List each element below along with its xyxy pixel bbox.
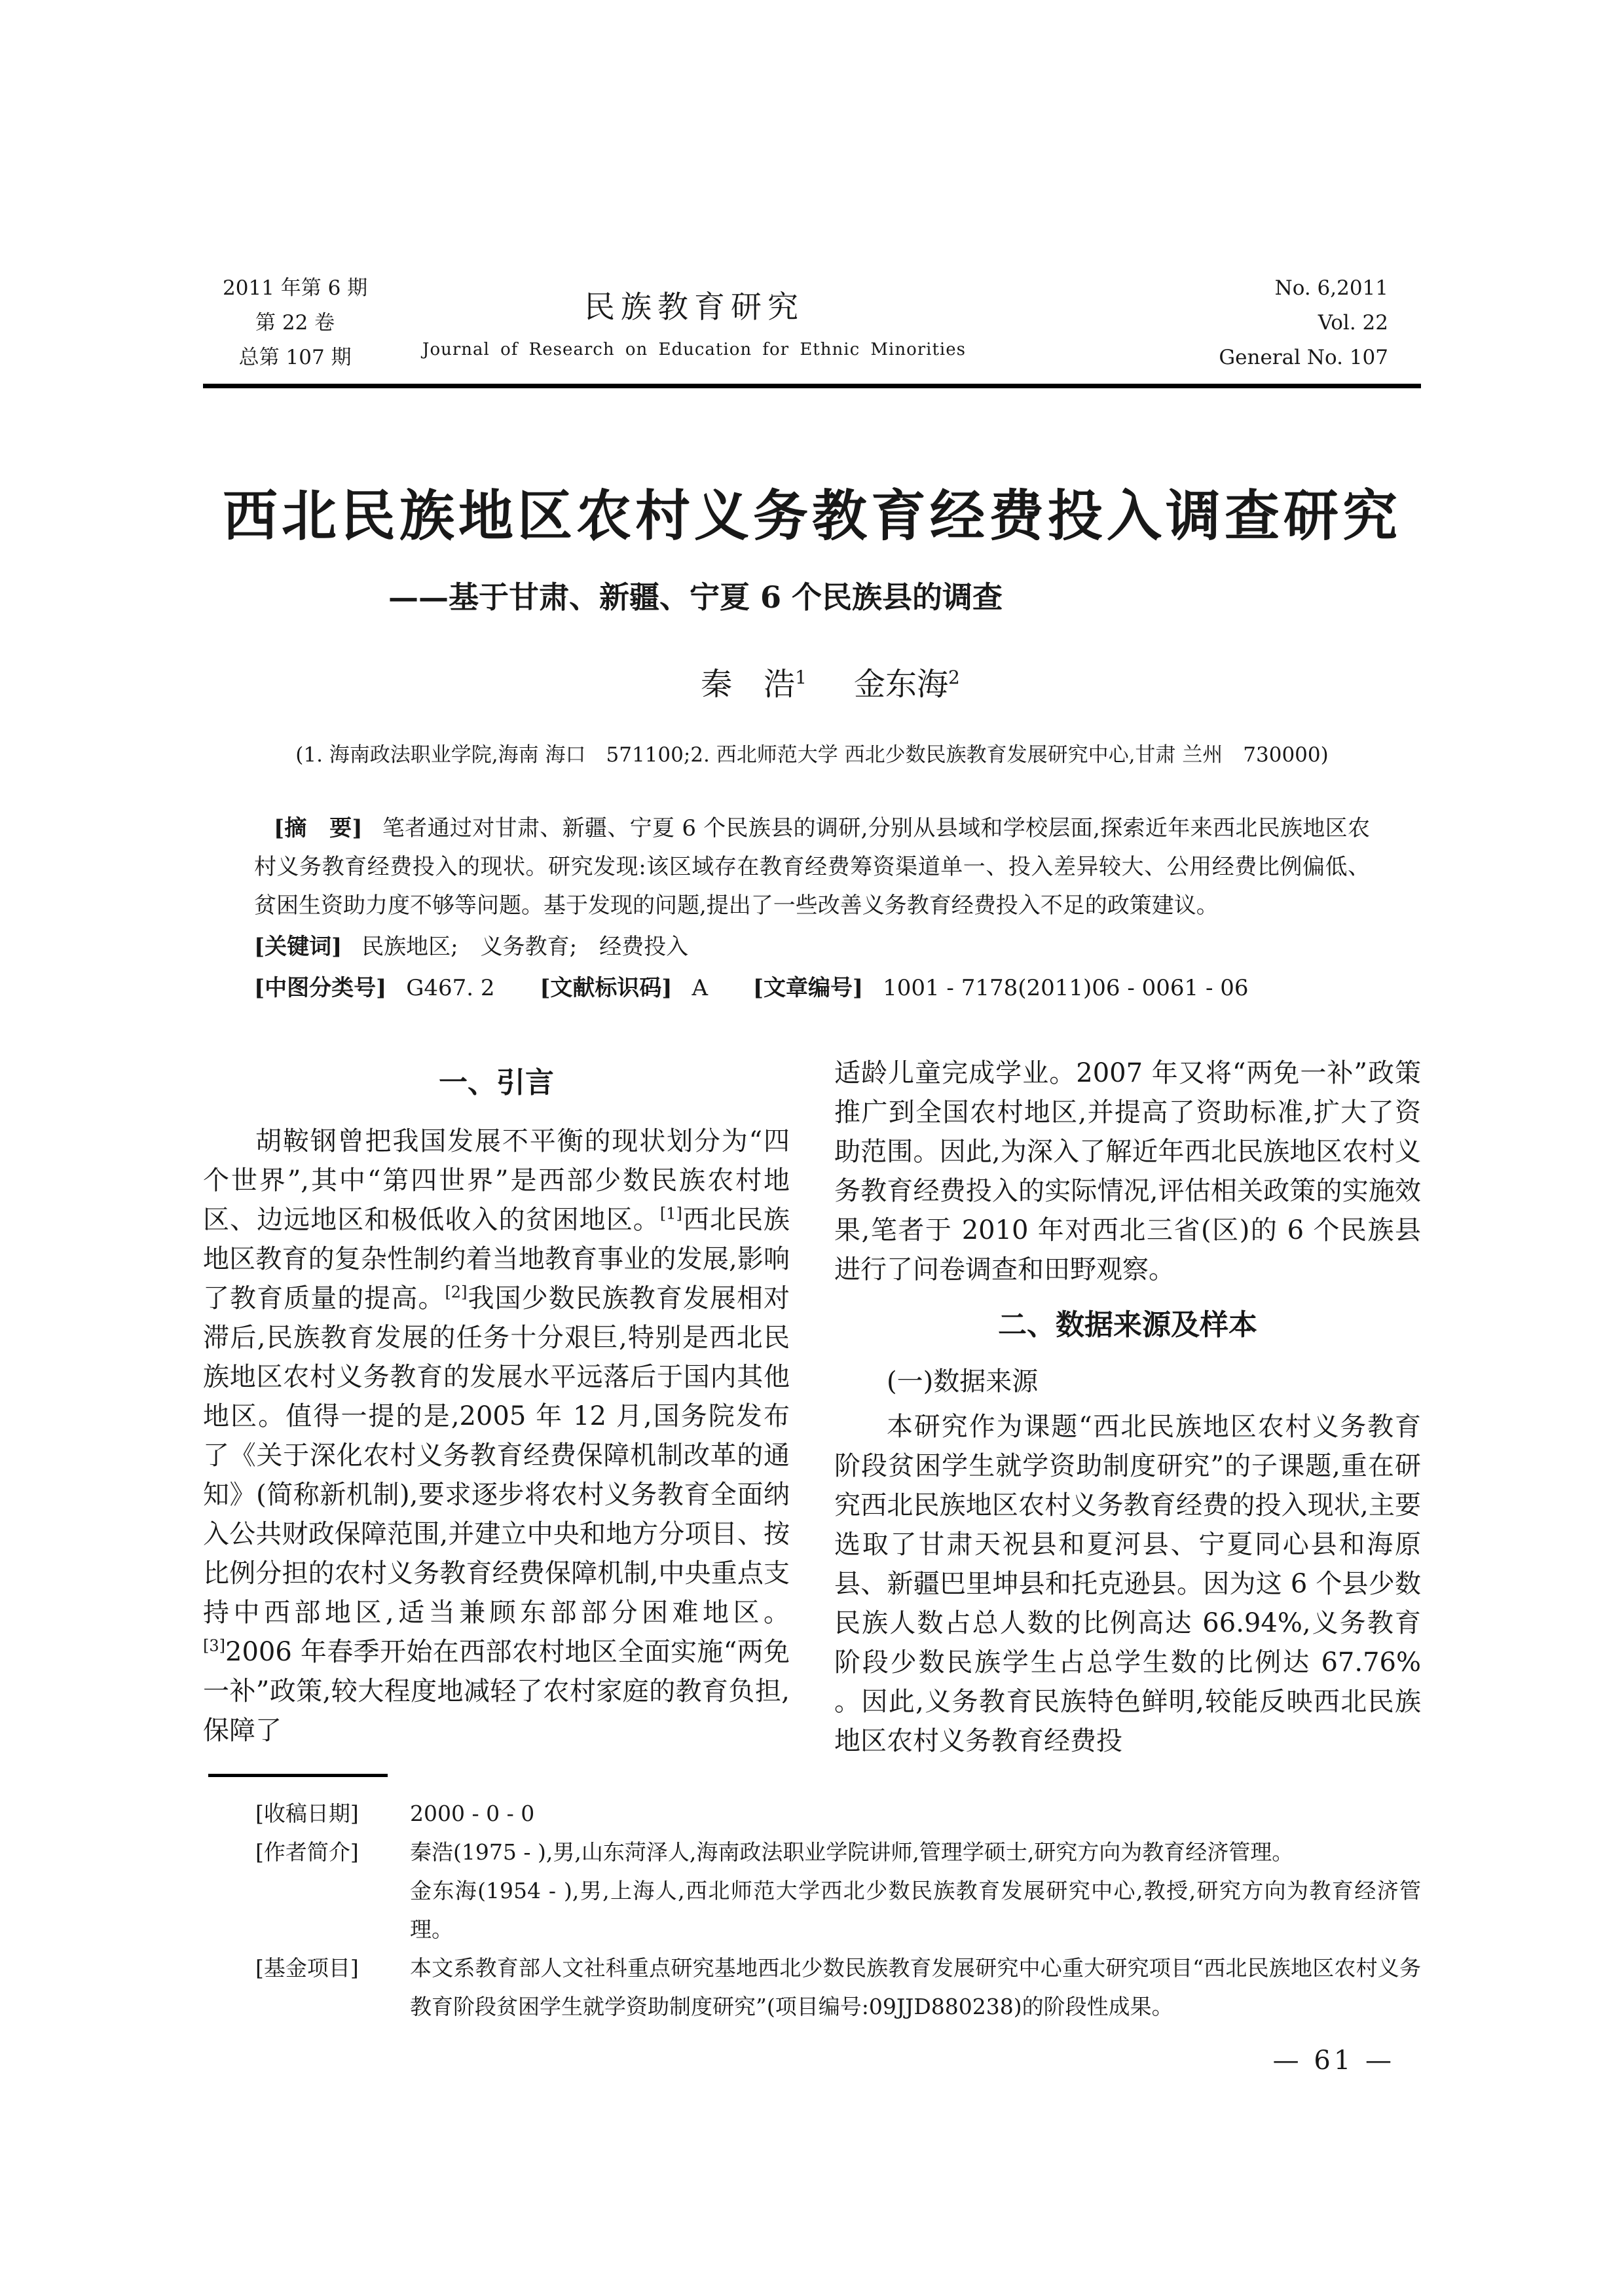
fund-project-content: 本文系教育部人文社科重点研究基地西北少数民族教育发展研究中心重大研究项目“西北民… [410,1949,1421,2026]
body-columns: 一、引言 胡鞍钢曾把我国发展不平衡的现状划分为“四个世界”,其中“第四世界”是西… [203,1054,1421,1761]
author-bio-content: 秦浩(1975 - ),男,山东菏泽人,海南政法职业学院讲师,管理学硕士,研究方… [410,1833,1421,1949]
masthead-divider [203,384,1421,388]
general-issue-line: 总第 107 期 [223,340,367,375]
keywords-line: [关键词]民族地区; 义务教育; 经费投入 [254,928,1370,966]
keywords-label: [关键词] [254,934,342,960]
issue-line-en: No. 6,2011 [1219,271,1388,306]
article-id-value: 1001 - 7178(2011)06 - 0061 - 06 [883,975,1248,1001]
clc-group: [中图分类号]G467. 2 [254,975,495,1001]
author-line: 秦 浩1金东海2 [221,659,1439,704]
page-number: — 61 — [203,2046,1395,2076]
volume-line-en: Vol. 22 [1219,306,1388,340]
data-source-paragraph: 本研究作为课题“西北民族地区农村义务教育阶段贫困学生就学资助制度研究”的子课题,… [834,1407,1421,1761]
journal-title-en: Journal of Research on Education for Eth… [422,340,966,359]
right-column: 适龄儿童完成学业。2007 年又将“两免一补”政策推广到全国农村地区,并提高了资… [834,1054,1421,1761]
section-heading-introduction: 一、引言 [203,1063,790,1103]
footnote-fund-project: [基金项目] 本文系教育部人文社科重点研究基地西北少数民族教育发展研究中心重大研… [203,1949,1421,2026]
doc-code-value: A [692,975,709,1001]
doc-code-group: [文献标识码]A [540,975,708,1001]
abstract-block: [摘 要]笔者通过对甘肃、新疆、宁夏 6 个民族县的调研,分别从县域和学校层面,… [254,809,1370,925]
issue-line: 2011 年第 6 期 [223,271,367,306]
classification-line: [中图分类号]G467. 2 [文献标识码]A [文章编号]1001 - 717… [254,969,1370,1008]
section-heading-data-source: 二、数据来源及样本 [834,1305,1421,1346]
abstract-label: [摘 要] [274,815,363,841]
clc-label: [中图分类号] [254,975,386,1001]
doc-code-label: [文献标识码] [540,975,672,1001]
received-date-label: [收稿日期] [255,1794,390,1833]
author-bio-entry: 秦浩(1975 - ),男,山东菏泽人,海南政法职业学院讲师,管理学硕士,研究方… [410,1833,1421,1871]
author-affil-marker: 1 [795,667,807,688]
article-id-label: [文章编号] [753,975,863,1001]
introduction-paragraph: 胡鞍钢曾把我国发展不平衡的现状划分为“四个世界”,其中“第四世界”是西部少数民族… [203,1122,790,1750]
affiliation-line: (1. 海南政法职业学院,海南 海口 571100;2. 西北师范大学 西北少数… [203,738,1421,767]
general-issue-line-en: General No. 107 [1219,340,1388,375]
article-subtitle: ——基于甘肃、新疆、宁夏 6 个民族县的调查 [86,574,1304,617]
author-affil-marker: 2 [948,667,960,688]
volume-line: 第 22 卷 [223,306,367,340]
journal-title-cn: 民族教育研究 [422,283,966,327]
left-column: 一、引言 胡鞍钢曾把我国发展不平衡的现状划分为“四个世界”,其中“第四世界”是西… [203,1054,790,1761]
author-name: 秦 浩 [701,666,795,703]
subsection-heading-data-source: (一)数据来源 [834,1361,1421,1402]
issue-info-en: No. 6,2011 Vol. 22 General No. 107 [1219,271,1388,375]
issue-info-cn: 2011 年第 6 期 第 22 卷 总第 107 期 [223,271,367,375]
journal-title-block: 民族教育研究 Journal of Research on Education … [422,262,966,359]
footnote-received-date: [收稿日期] 2000 - 0 - 0 [203,1794,1421,1833]
journal-masthead: 2011 年第 6 期 第 22 卷 总第 107 期 民族教育研究 Journ… [203,262,1421,378]
keywords-text: 民族地区; 义务教育; 经费投入 [361,934,688,960]
article-title: 西北民族地区农村义务教育经费投入调查研究 [203,472,1421,551]
fund-project-label: [基金项目] [255,1949,390,1987]
footnotes-block: [收稿日期] 2000 - 0 - 0 [作者简介] 秦浩(1975 - ),男… [203,1794,1421,2026]
journal-page: 2011 年第 6 期 第 22 卷 总第 107 期 民族教育研究 Journ… [0,0,1624,2295]
author-bio-entry: 金东海(1954 - ),男,上海人,西北师范大学西北少数民族教育发展研究中心,… [410,1871,1421,1949]
introduction-paragraph-continued: 适龄儿童完成学业。2007 年又将“两免一补”政策推广到全国农村地区,并提高了资… [834,1054,1421,1289]
clc-value: G467. 2 [406,975,494,1001]
abstract-text: 笔者通过对甘肃、新疆、宁夏 6 个民族县的调研,分别从县域和学校层面,探索近年来… [254,815,1370,919]
footnote-divider [208,1774,388,1777]
received-date-value: 2000 - 0 - 0 [410,1794,1421,1833]
author-bio-label: [作者简介] [255,1833,390,1871]
author-name: 金东海 [854,666,948,703]
article-id-group: [文章编号]1001 - 7178(2011)06 - 0061 - 06 [753,975,1249,1001]
footnote-author-bio: [作者简介] 秦浩(1975 - ),男,山东菏泽人,海南政法职业学院讲师,管理… [203,1833,1421,1949]
